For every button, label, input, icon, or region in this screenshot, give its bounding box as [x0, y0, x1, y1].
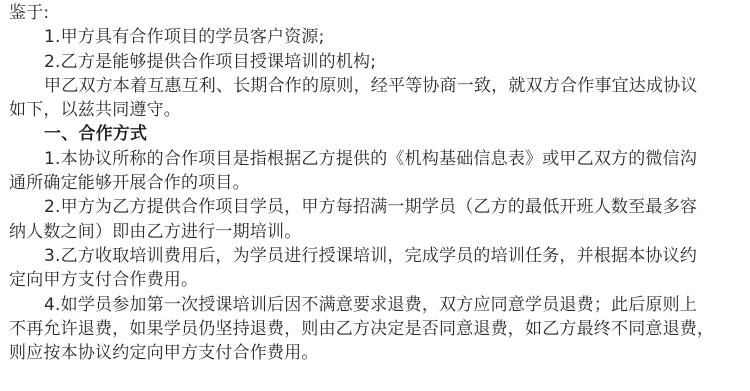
contract-document: 鉴于: 1.甲方具有合作项目的学员客户资源; 2.乙方是能够提供合作项目授课培训…	[9, 1, 745, 365]
clause-4-line-1: 4.如学员参加第一次授课培训后因不满意要求退费，双方应同意学员退费；此后原则上	[9, 293, 745, 317]
clause-2-line-1: 2.甲方为乙方提供合作项目学员，甲方每招满一期学员（乙方的最低开班人数至最多容	[9, 195, 745, 219]
agreement-statement-line-2: 如下，以兹共同遵守。	[9, 98, 745, 122]
preamble-intro: 鉴于:	[9, 1, 745, 25]
agreement-statement-line-1: 甲乙双方本着互惠互利、长期合作的原则，经平等协商一致，就双方合作事宜达成协议	[9, 74, 745, 98]
clause-4-line-2: 不再允许退费，如果学员仍坚持退费，则由乙方决定是否同意退费，如乙方最终不同意退费…	[9, 317, 745, 341]
clause-3-line-1: 3.乙方收取培训费用后，为学员进行授课培训，完成学员的培训任务，并根据本协议约	[9, 244, 745, 268]
preamble-item-2: 2.乙方是能够提供合作项目授课培训的机构;	[9, 50, 745, 74]
section-heading-cooperation-method: 一、合作方式	[9, 122, 745, 146]
clause-4-line-3: 则应按本协议约定向甲方支付合作费用。	[9, 341, 745, 365]
clause-1-line-2: 通所确定能够开展合作的项目。	[9, 171, 745, 195]
clause-1-line-1: 1.本协议所称的合作项目是指根据乙方提供的《机构基础信息表》或甲乙双方的微信沟	[9, 147, 745, 171]
clause-2-line-2: 纳人数之间）即由乙方进行一期培训。	[9, 220, 745, 244]
clause-3-line-2: 定向甲方支付合作费用。	[9, 268, 745, 292]
preamble-item-1: 1.甲方具有合作项目的学员客户资源;	[9, 25, 745, 49]
